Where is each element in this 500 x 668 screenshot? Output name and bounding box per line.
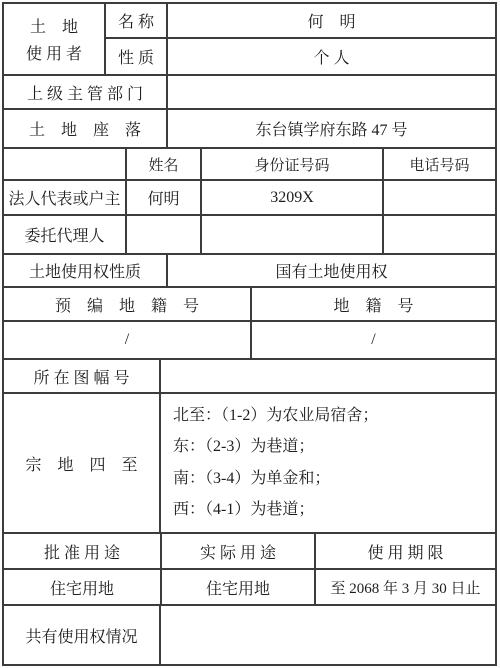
map-sheet-label: 所 在 图 幅 号 (4, 360, 159, 392)
use-term-label: 使 用 期 限 (314, 534, 495, 568)
agent-phone (382, 216, 495, 253)
land-location-row: 土 地 座 落 东台镇学府东路 47 号 (4, 108, 495, 147)
actual-use-value: 住宅用地 (160, 570, 314, 604)
land-user-sublabels: 名 称 性 质 (104, 4, 166, 74)
cadastral-label: 地 籍 号 (250, 288, 495, 320)
land-user-label-line1: 土 地 (30, 14, 78, 37)
legal-rep-label: 法人代表或户主 (4, 181, 125, 214)
cadastral-value-row: / / (4, 320, 495, 358)
phone-header: 电话号码 (382, 149, 495, 179)
id-number-header: 身份证号码 (200, 149, 382, 179)
person-header-spacer (4, 149, 125, 179)
land-user-values: 何 明 个 人 (166, 4, 495, 74)
nature-label: 性 质 (106, 37, 166, 74)
legal-rep-name: 何明 (125, 181, 200, 214)
map-sheet-value (159, 360, 495, 392)
usage-value-row: 住宅用地 住宅用地 至 2068 年 3 月 30 日止 (4, 568, 495, 604)
pre-cadastral-value: / (4, 322, 250, 358)
cadastral-value: / (250, 322, 495, 358)
legal-rep-row: 法人代表或户主 何明 3209X (4, 179, 495, 214)
use-term-value: 至 2068 年 3 月 30 日止 (314, 570, 495, 604)
land-user-label-line2: 使 用 者 (26, 41, 82, 64)
shared-rights-value (159, 606, 495, 664)
parcel-boundaries-row: 宗 地 四 至 北至：（1-2）为农业局宿舍； 东：（2-3）为巷道； 南：（3… (4, 392, 495, 532)
name-label: 名 称 (106, 4, 166, 37)
nature-value: 个 人 (168, 37, 495, 74)
land-user-label: 土 地 使 用 者 (4, 4, 104, 74)
boundary-line-east: 东：（2-3）为巷道； (173, 436, 314, 458)
boundary-line-north: 北至：（1-2）为农业局宿舍； (173, 405, 378, 427)
cadastral-header-row: 预 编 地 籍 号 地 籍 号 (4, 286, 495, 320)
agent-id (200, 216, 382, 253)
shared-rights-row: 共有使用权情况 (4, 604, 495, 664)
pre-cadastral-label: 预 编 地 籍 号 (4, 288, 250, 320)
parcel-boundaries-label: 宗 地 四 至 (4, 394, 159, 532)
land-registration-form: 土 地 使 用 者 名 称 性 质 何 明 个 人 上 级 主 管 部 门 土 … (2, 2, 497, 666)
land-location-label: 土 地 座 落 (4, 110, 166, 147)
agent-label: 委托代理人 (4, 216, 125, 253)
supervisor-dept-value (166, 76, 495, 108)
actual-use-label: 实 际 用 途 (160, 534, 314, 568)
right-nature-label: 土地使用权性质 (4, 255, 166, 286)
agent-row: 委托代理人 (4, 214, 495, 253)
shared-rights-label: 共有使用权情况 (4, 606, 159, 664)
approved-use-label: 批 准 用 途 (4, 534, 160, 568)
person-name-header: 姓名 (125, 149, 200, 179)
supervisor-dept-label: 上 级 主 管 部 门 (4, 76, 166, 108)
usage-header-row: 批 准 用 途 实 际 用 途 使 用 期 限 (4, 532, 495, 568)
right-nature-row: 土地使用权性质 国有土地使用权 (4, 253, 495, 286)
land-location-value: 东台镇学府东路 47 号 (166, 110, 495, 147)
map-sheet-row: 所 在 图 幅 号 (4, 358, 495, 392)
name-value: 何 明 (168, 4, 495, 37)
person-table-header: 姓名 身份证号码 电话号码 (4, 147, 495, 179)
approved-use-value: 住宅用地 (4, 570, 160, 604)
supervisor-dept-row: 上 级 主 管 部 门 (4, 74, 495, 108)
parcel-boundaries-value: 北至：（1-2）为农业局宿舍； 东：（2-3）为巷道； 南：（3-4）为单金和；… (159, 394, 495, 532)
land-user-section: 土 地 使 用 者 名 称 性 质 何 明 个 人 (4, 4, 495, 74)
boundary-line-south: 南：（3-4）为单金和； (173, 468, 330, 490)
agent-name (125, 216, 200, 253)
legal-rep-id: 3209X (200, 181, 382, 214)
right-nature-value: 国有土地使用权 (166, 255, 495, 286)
legal-rep-phone (382, 181, 495, 214)
boundary-line-west: 西：（4-1）为巷道； (173, 499, 314, 521)
